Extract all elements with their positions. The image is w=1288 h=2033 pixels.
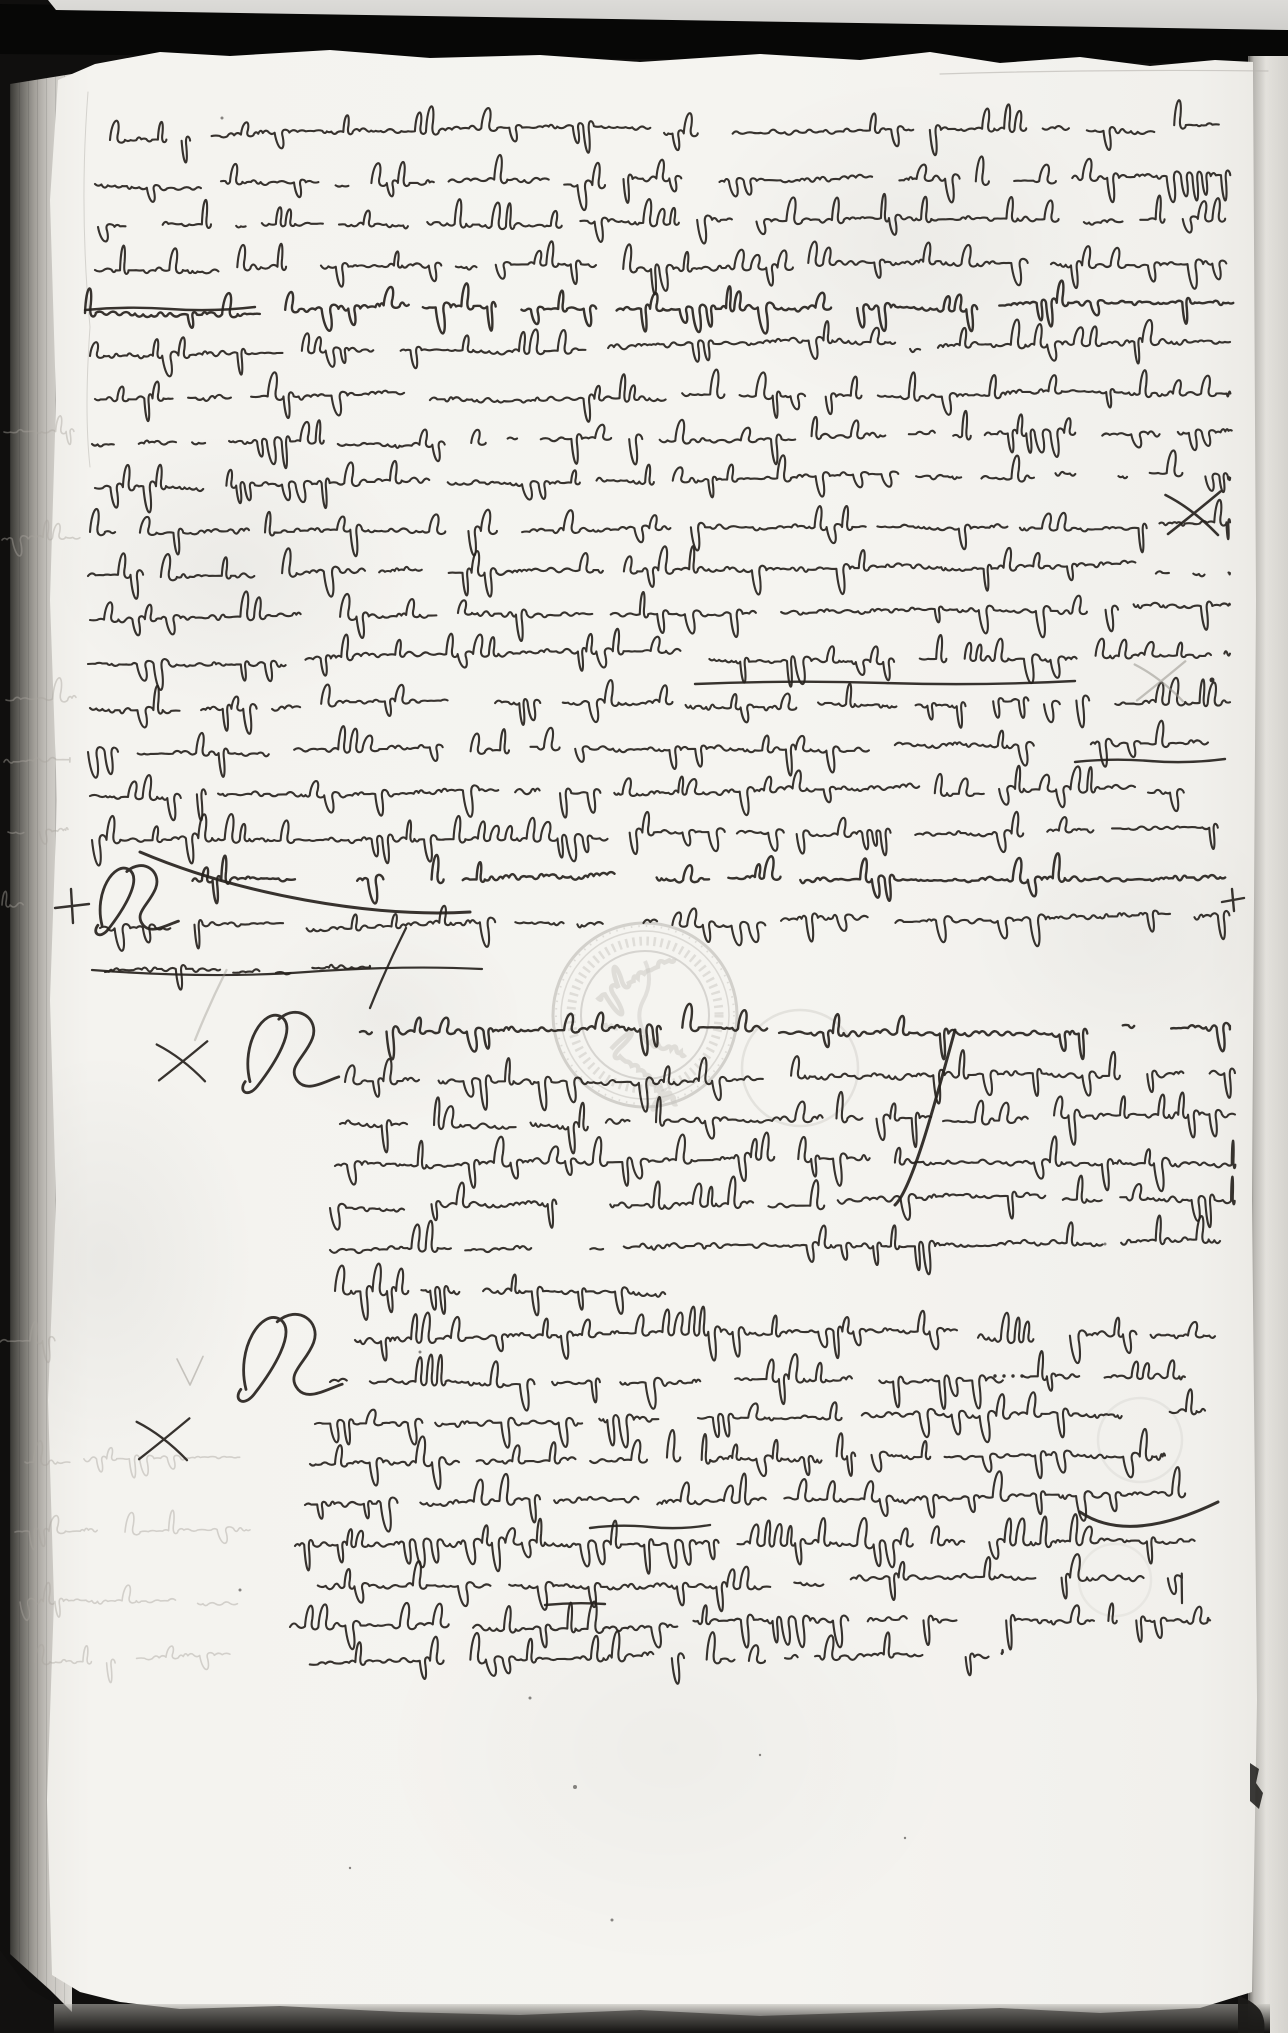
- manuscript-paper: [0, 0, 1288, 2033]
- manuscript-scan: [0, 0, 1288, 2033]
- page-bottom-edge-shadow: [54, 2004, 1270, 2033]
